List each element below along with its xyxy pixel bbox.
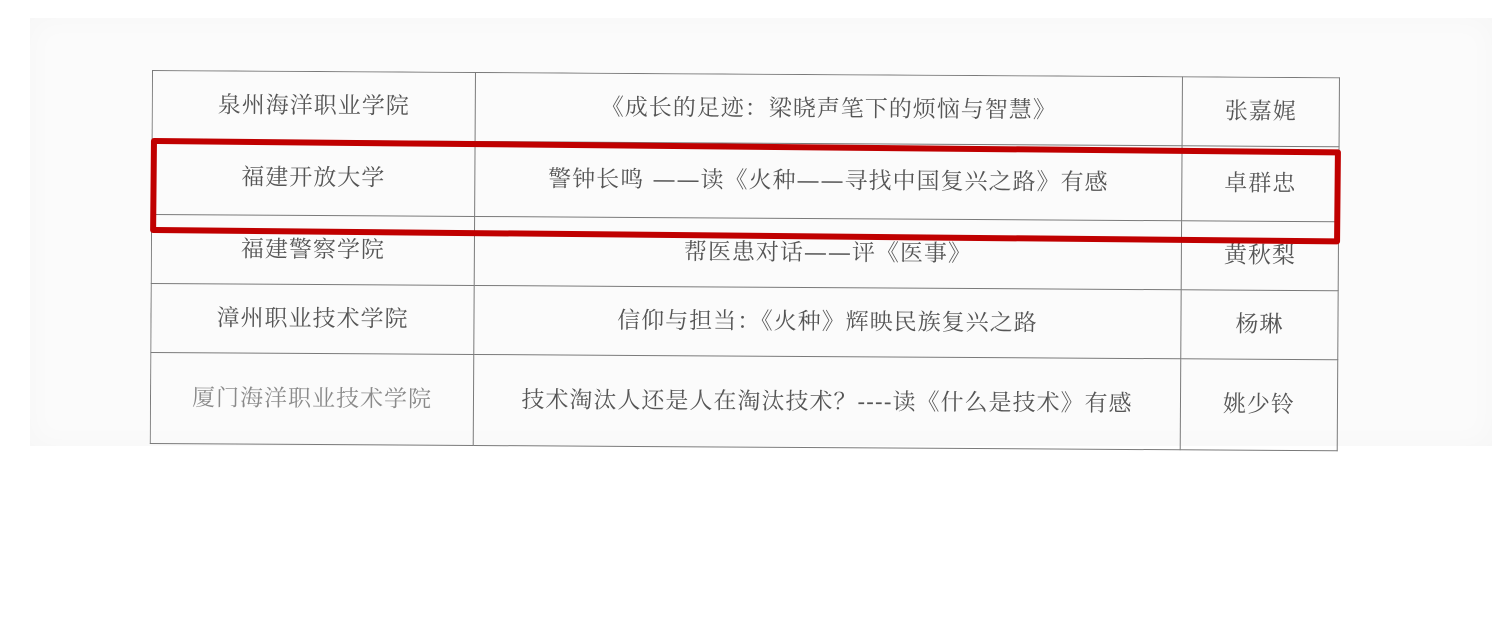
author-cell: 卓群忠 [1182, 146, 1339, 222]
award-table: 泉州海洋职业学院 《成长的足迹：梁晓声笔下的烦恼与智慧》 张嘉娓 福建开放大学 … [150, 70, 1340, 451]
author-cell: 黄秋梨 [1181, 221, 1338, 291]
school-cell: 厦门海洋职业技术学院 [150, 352, 474, 445]
title-cell: 信仰与担当：《火种》辉映民族复兴之路 [474, 285, 1181, 358]
table-row: 泉州海洋职业学院 《成长的足迹：梁晓声笔下的烦恼与智慧》 张嘉娓 [152, 71, 1339, 147]
school-cell: 福建开放大学 [152, 140, 475, 217]
award-table-container: 泉州海洋职业学院 《成长的足迹：梁晓声笔下的烦恼与智慧》 张嘉娓 福建开放大学 … [150, 70, 1342, 453]
title-cell: 帮医患对话——评《医事》 [474, 216, 1181, 289]
title-cell: 《成长的足迹：梁晓声笔下的烦恼与智慧》 [475, 72, 1182, 145]
school-cell: 泉州海洋职业学院 [152, 71, 475, 142]
title-cell: 警钟长鸣 ——读《火种——寻找中国复兴之路》有感 [475, 141, 1182, 220]
table-row-highlighted: 福建开放大学 警钟长鸣 ——读《火种——寻找中国复兴之路》有感 卓群忠 [152, 140, 1339, 222]
author-cell: 张嘉娓 [1182, 77, 1339, 147]
table-row: 福建警察学院 帮医患对话——评《医事》 黄秋梨 [151, 215, 1338, 291]
author-cell: 姚少铃 [1180, 359, 1338, 451]
author-cell: 杨琳 [1181, 290, 1338, 360]
school-cell: 福建警察学院 [151, 215, 474, 286]
title-cell: 技术淘汰人还是人在淘汰技术？----读《什么是技术》有感 [473, 354, 1181, 449]
school-cell: 漳州职业技术学院 [151, 283, 474, 354]
table-row: 厦门海洋职业技术学院 技术淘汰人还是人在淘汰技术？----读《什么是技术》有感 … [150, 352, 1338, 450]
table-row: 漳州职业技术学院 信仰与担当：《火种》辉映民族复兴之路 杨琳 [151, 283, 1338, 359]
